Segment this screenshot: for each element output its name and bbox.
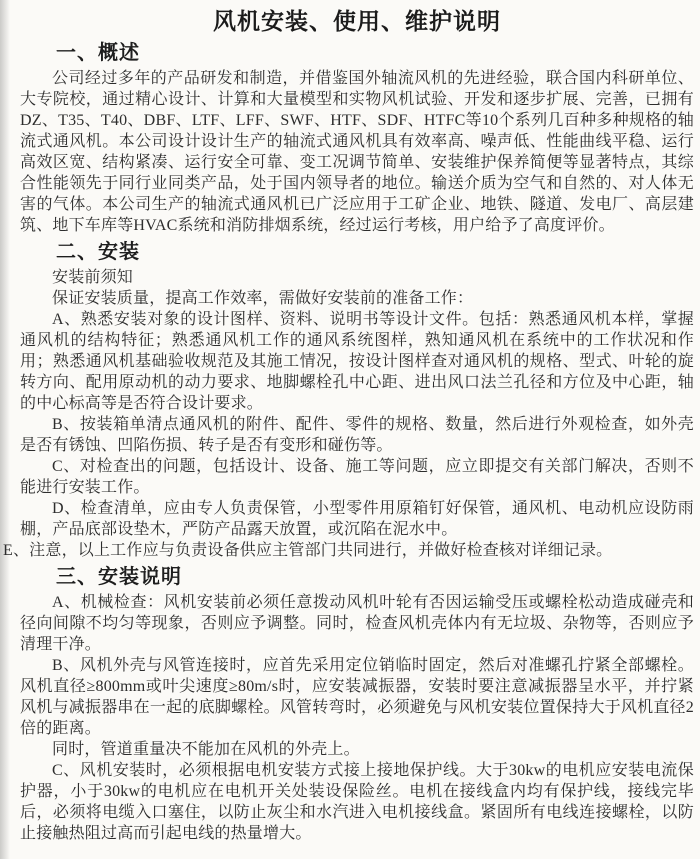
paragraph-item-d: D、检查清单，应由专人负责保管，小型零件用原箱钉好保管，通风机、电动机应设防雨棚… <box>20 498 694 540</box>
section-installation-instructions: 三、安装说明 A、机械检查：风机安装前必须任意拨动风机叶轮有否因运输受压或螺栓松… <box>20 564 694 844</box>
section-installation: 二、安装 安装前须知 保证安装质量，提高工作效率，需做好安装前的准备工作： A、… <box>20 239 694 561</box>
document-page: 风机安装、使用、维护说明 一、概述 公司经过多年的产品研发和制造，并借鉴国外轴流… <box>0 0 700 859</box>
paragraph-item-b: B、风机外壳与风管连接时，应首先采用定位销临时固定，然后对准螺孔拧紧全部螺栓。风… <box>20 655 694 739</box>
section-heading-installation: 二、安装 <box>56 239 694 265</box>
paragraph-item-b: B、按装箱单清点通风机的附件、配件、零件的规格、数量，然后进行外观检查，如外壳是… <box>20 414 694 456</box>
paragraph-item-e: E、注意，以上工作应与负责设备供应主管部门共同进行，并做好检查核对详细记录。 <box>3 540 694 561</box>
paragraph-item-c: C、对检查出的问题，包括设计、设备、施工等问题，应立即提交有关部门解决，否则不能… <box>20 456 694 498</box>
section-heading-install-instructions: 三、安装说明 <box>56 564 694 590</box>
paragraph-item-a: A、机械检查：风机安装前必须任意拨动风机叶轮有否因运输受压或螺栓松动造成碰壳和径… <box>20 592 694 655</box>
section-heading-overview: 一、概述 <box>56 40 694 66</box>
paragraph-item-a: A、熟悉安装对象的设计图样、资料、说明书等设计文件。包括：熟悉通风机本样，掌握通… <box>20 309 694 414</box>
section-overview: 一、概述 公司经过多年的产品研发和制造，并借鉴国外轴流风机的先进经验，联合国内科… <box>20 40 694 236</box>
paragraph: 公司经过多年的产品研发和制造，并借鉴国外轴流风机的先进经验，联合国内科研单位、大… <box>20 68 694 236</box>
paragraph-item-c: C、风机安装时，必须根据电机安装方式接上接地保护线。大于30kw的电机应安装电流… <box>20 760 694 844</box>
page-title: 风机安装、使用、维护说明 <box>20 6 694 36</box>
paragraph-install-prep: 保证安装质量，提高工作效率，需做好安装前的准备工作： <box>20 288 694 309</box>
paragraph-install-notice: 安装前须知 <box>20 267 694 288</box>
paragraph-duct-weight: 同时，管道重量决不能加在风机的外壳上。 <box>20 739 694 760</box>
